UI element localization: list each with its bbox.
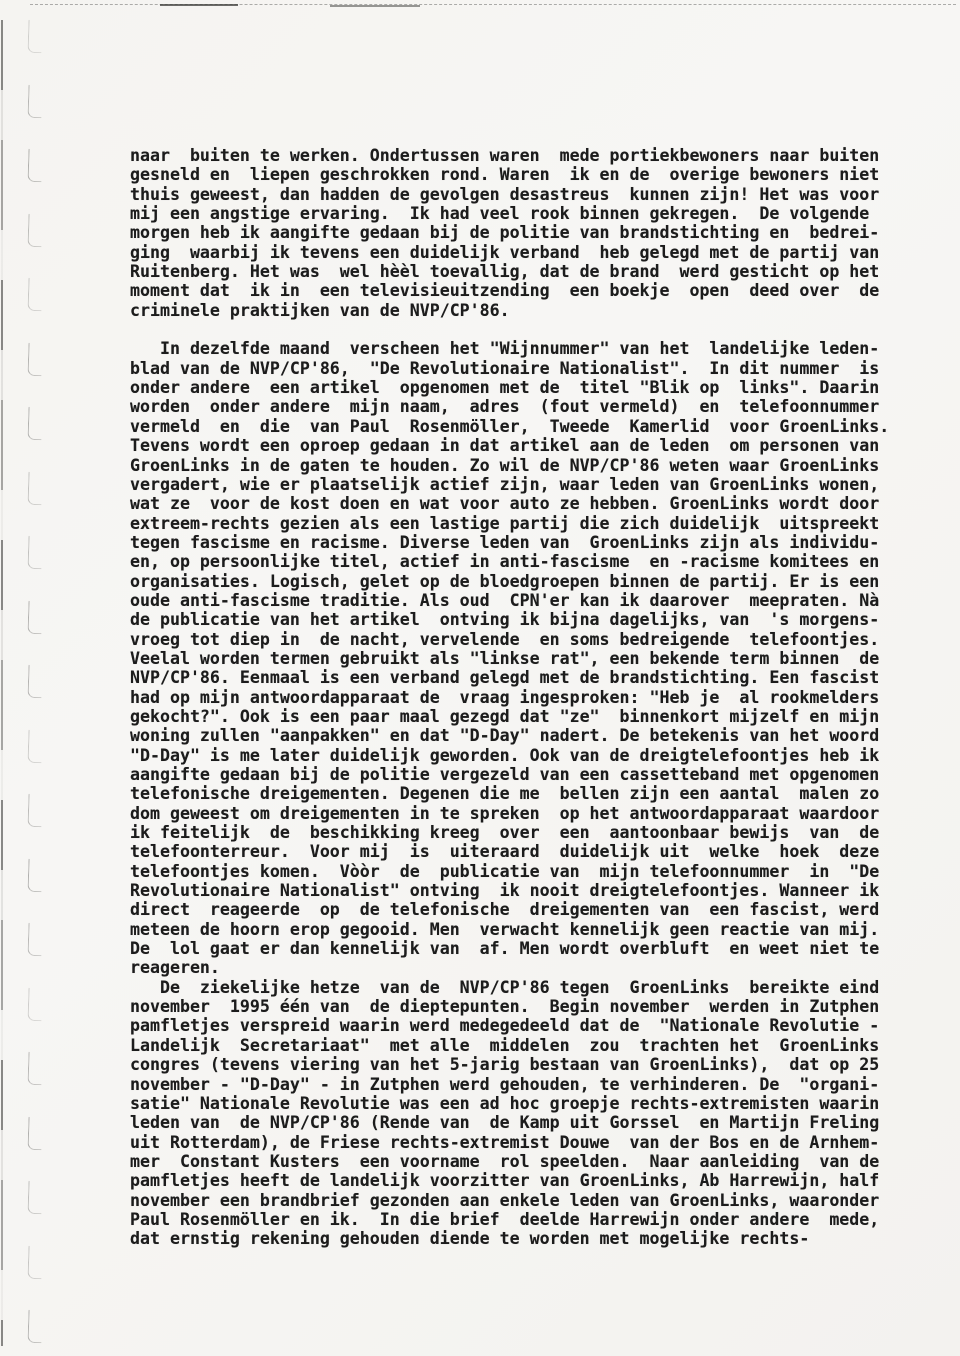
- scan-artifact-left-edge-line: [1, 20, 3, 1346]
- binding-mark: [27, 536, 42, 569]
- scan-artifact-top-dark-segment: [330, 5, 420, 7]
- binding-mark: [27, 278, 42, 311]
- binding-mark: [27, 1052, 42, 1085]
- binding-mark: [27, 987, 42, 1020]
- binding-mark: [27, 600, 42, 633]
- scan-artifact-top-dark-segment: [160, 4, 238, 6]
- paragraph-2: In dezelfde maand verscheen het "Wijnnum…: [130, 339, 920, 977]
- binding-mark: [27, 665, 42, 698]
- binding-mark: [27, 213, 42, 246]
- binding-mark: [27, 1310, 42, 1343]
- paragraph-3: De ziekelijke hetze van de NVP/CP'86 teg…: [130, 978, 920, 1249]
- binding-mark: [27, 794, 42, 827]
- document-text-block: naar buiten te werken. Ondertussen waren…: [130, 146, 920, 1249]
- binding-mark: [27, 149, 42, 182]
- paragraph-1: naar buiten te werken. Ondertussen waren…: [130, 146, 920, 320]
- binding-mark: [27, 407, 42, 440]
- binding-mark: [27, 923, 42, 956]
- binding-mark: [27, 84, 42, 117]
- binding-mark: [27, 342, 42, 375]
- binding-mark: [27, 1116, 42, 1149]
- binding-mark: [27, 471, 42, 504]
- binding-mark: [27, 1181, 42, 1214]
- binding-mark: [27, 1245, 42, 1278]
- binding-mark: [27, 729, 42, 762]
- scanned-document-page: naar buiten te werken. Ondertussen waren…: [0, 0, 960, 1356]
- binding-mark: [27, 20, 42, 53]
- binding-mark: [27, 858, 42, 891]
